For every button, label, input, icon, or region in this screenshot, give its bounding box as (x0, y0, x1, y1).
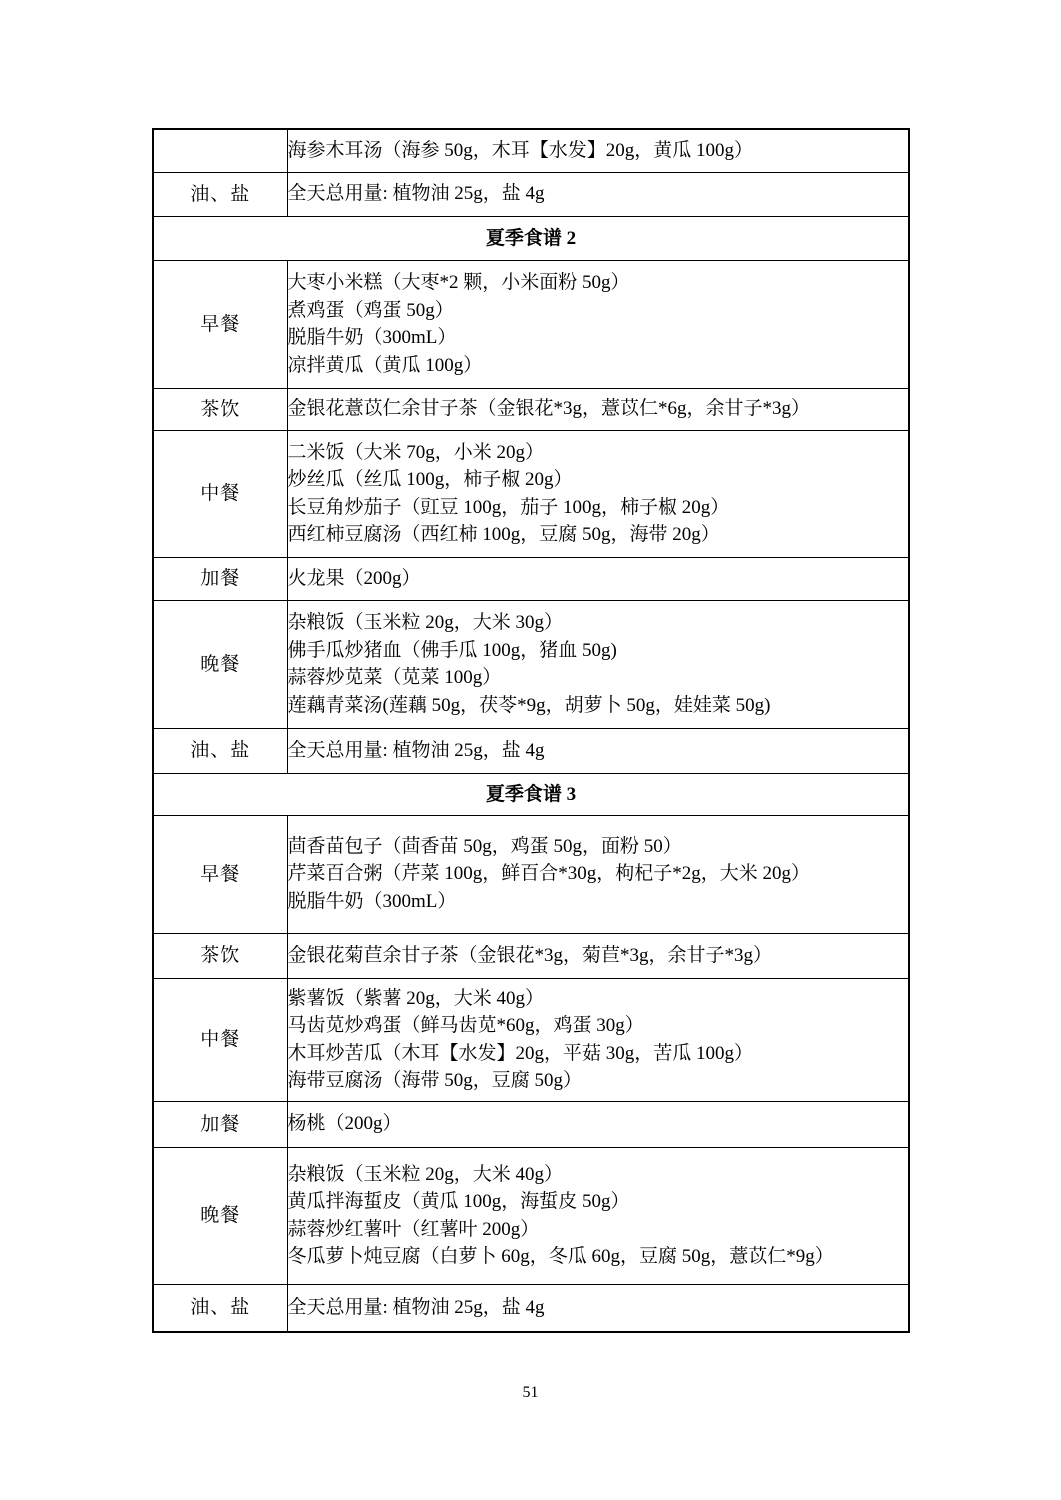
meal-label (153, 129, 287, 172)
meal-item-line: 脱脂牛奶（300mL） (288, 888, 909, 916)
meal-label: 早餐 (153, 260, 287, 388)
meal-items: 全天总用量: 植物油 25g，盐 4g (287, 1284, 909, 1332)
meal-item-line: 杂粮饭（玉米粒 20g，大米 30g） (288, 609, 909, 637)
meal-item-line: 长豆角炒茄子（豇豆 100g，茄子 100g，柿子椒 20g） (288, 494, 909, 522)
meal-items: 杨桃（200g） (287, 1101, 909, 1147)
meal-label: 油、盐 (153, 172, 287, 216)
meal-items: 金银花菊苣余甘子茶（金银花*3g，菊苣*3g，余甘子*3g） (287, 933, 909, 978)
meal-item-line: 西红柿豆腐汤（西红柿 100g，豆腐 50g，海带 20g） (288, 521, 909, 549)
meal-items: 海参木耳汤（海参 50g，木耳【水发】20g，黄瓜 100g） (287, 129, 909, 172)
meal-item-line: 煮鸡蛋（鸡蛋 50g） (288, 297, 909, 325)
meal-item-line: 莲藕青菜汤(莲藕 50g，茯苓*9g，胡萝卜 50g，娃娃菜 50g) (288, 692, 909, 720)
meal-row: 加餐 火龙果（200g） (153, 557, 909, 600)
meal-item-line: 全天总用量: 植物油 25g，盐 4g (288, 180, 909, 208)
meal-item-line: 金银花菊苣余甘子茶（金银花*3g，菊苣*3g，余甘子*3g） (288, 942, 909, 970)
meal-row: 油、盐 全天总用量: 植物油 25g，盐 4g (153, 172, 909, 216)
meal-row: 早餐 大枣小米糕（大枣*2 颗，小米面粉 50g） 煮鸡蛋（鸡蛋 50g） 脱脂… (153, 260, 909, 388)
meal-item-line: 冬瓜萝卜炖豆腐（白萝卜 60g，冬瓜 60g，豆腐 50g，薏苡仁*9g） (288, 1243, 909, 1271)
meal-plan-table: 海参木耳汤（海参 50g，木耳【水发】20g，黄瓜 100g） 油、盐 全天总用… (152, 128, 910, 1333)
meal-row: 油、盐 全天总用量: 植物油 25g，盐 4g (153, 1284, 909, 1332)
meal-items: 火龙果（200g） (287, 557, 909, 600)
section-header-row: 夏季食谱 2 (153, 216, 909, 260)
meal-item-line: 海参木耳汤（海参 50g，木耳【水发】20g，黄瓜 100g） (288, 137, 909, 165)
meal-item-line: 全天总用量: 植物油 25g，盐 4g (288, 737, 909, 765)
meal-items: 金银花薏苡仁余甘子茶（金银花*3g，薏苡仁*6g，余甘子*3g） (287, 388, 909, 430)
meal-label: 茶饮 (153, 933, 287, 978)
meal-item-line: 蒜蓉炒苋菜（苋菜 100g） (288, 664, 909, 692)
meal-label: 加餐 (153, 1101, 287, 1147)
meal-label: 油、盐 (153, 1284, 287, 1332)
meal-items: 杂粮饭（玉米粒 20g，大米 40g） 黄瓜拌海蜇皮（黄瓜 100g，海蜇皮 5… (287, 1147, 909, 1284)
meal-item-line: 凉拌黄瓜（黄瓜 100g） (288, 352, 909, 380)
meal-items: 全天总用量: 植物油 25g，盐 4g (287, 172, 909, 216)
section-title: 夏季食谱 3 (153, 773, 909, 815)
meal-item-line: 海带豆腐汤（海带 50g，豆腐 50g） (288, 1067, 909, 1095)
meal-row: 晚餐 杂粮饭（玉米粒 20g，大米 40g） 黄瓜拌海蜇皮（黄瓜 100g，海蜇… (153, 1147, 909, 1284)
meal-item-line: 火龙果（200g） (288, 565, 909, 593)
meal-items: 茴香苗包子（茴香苗 50g，鸡蛋 50g，面粉 50） 芹菜百合粥（芹菜 100… (287, 815, 909, 933)
meal-label: 加餐 (153, 557, 287, 600)
meal-row: 早餐 茴香苗包子（茴香苗 50g，鸡蛋 50g，面粉 50） 芹菜百合粥（芹菜 … (153, 815, 909, 933)
meal-row: 中餐 紫薯饭（紫薯 20g，大米 40g） 马齿苋炒鸡蛋（鲜马齿苋*60g，鸡蛋… (153, 978, 909, 1101)
meal-row: 中餐 二米饭（大米 70g，小米 20g） 炒丝瓜（丝瓜 100g，柿子椒 20… (153, 430, 909, 557)
meal-items: 二米饭（大米 70g，小米 20g） 炒丝瓜（丝瓜 100g，柿子椒 20g） … (287, 430, 909, 557)
meal-row: 油、盐 全天总用量: 植物油 25g，盐 4g (153, 728, 909, 773)
section-title: 夏季食谱 2 (153, 216, 909, 260)
meal-label: 中餐 (153, 430, 287, 557)
meal-label: 油、盐 (153, 728, 287, 773)
meal-items: 全天总用量: 植物油 25g，盐 4g (287, 728, 909, 773)
document-page: 海参木耳汤（海参 50g，木耳【水发】20g，黄瓜 100g） 油、盐 全天总用… (0, 0, 1061, 1500)
meal-label: 早餐 (153, 815, 287, 933)
meal-row: 茶饮 金银花菊苣余甘子茶（金银花*3g，菊苣*3g，余甘子*3g） (153, 933, 909, 978)
meal-items: 大枣小米糕（大枣*2 颗，小米面粉 50g） 煮鸡蛋（鸡蛋 50g） 脱脂牛奶（… (287, 260, 909, 388)
meal-item-line: 佛手瓜炒猪血（佛手瓜 100g，猪血 50g) (288, 637, 909, 665)
meal-item-line: 蒜蓉炒红薯叶（红薯叶 200g） (288, 1216, 909, 1244)
meal-item-line: 杂粮饭（玉米粒 20g，大米 40g） (288, 1161, 909, 1189)
meal-item-line: 芹菜百合粥（芹菜 100g，鲜百合*30g，枸杞子*2g，大米 20g） (288, 860, 909, 888)
meal-item-line: 黄瓜拌海蜇皮（黄瓜 100g，海蜇皮 50g） (288, 1188, 909, 1216)
meal-item-line: 大枣小米糕（大枣*2 颗，小米面粉 50g） (288, 269, 909, 297)
page-number: 51 (0, 1384, 1061, 1402)
meal-item-line: 脱脂牛奶（300mL） (288, 324, 909, 352)
meal-row: 加餐 杨桃（200g） (153, 1101, 909, 1147)
meal-label: 晚餐 (153, 1147, 287, 1284)
meal-item-line: 全天总用量: 植物油 25g，盐 4g (288, 1294, 909, 1322)
meal-item-line: 杨桃（200g） (288, 1110, 909, 1138)
section-header-row: 夏季食谱 3 (153, 773, 909, 815)
meal-items: 杂粮饭（玉米粒 20g，大米 30g） 佛手瓜炒猪血（佛手瓜 100g，猪血 5… (287, 600, 909, 728)
meal-item-line: 二米饭（大米 70g，小米 20g） (288, 439, 909, 467)
meal-item-line: 茴香苗包子（茴香苗 50g，鸡蛋 50g，面粉 50） (288, 833, 909, 861)
meal-item-line: 金银花薏苡仁余甘子茶（金银花*3g，薏苡仁*6g，余甘子*3g） (288, 395, 909, 423)
meal-row: 茶饮 金银花薏苡仁余甘子茶（金银花*3g，薏苡仁*6g，余甘子*3g） (153, 388, 909, 430)
meal-row: 晚餐 杂粮饭（玉米粒 20g，大米 30g） 佛手瓜炒猪血（佛手瓜 100g，猪… (153, 600, 909, 728)
meal-item-line: 紫薯饭（紫薯 20g，大米 40g） (288, 985, 909, 1013)
meal-label: 茶饮 (153, 388, 287, 430)
meal-row: 海参木耳汤（海参 50g，木耳【水发】20g，黄瓜 100g） (153, 129, 909, 172)
meal-items: 紫薯饭（紫薯 20g，大米 40g） 马齿苋炒鸡蛋（鲜马齿苋*60g，鸡蛋 30… (287, 978, 909, 1101)
meal-item-line: 木耳炒苦瓜（木耳【水发】20g，平菇 30g，苦瓜 100g） (288, 1040, 909, 1068)
meal-item-line: 马齿苋炒鸡蛋（鲜马齿苋*60g，鸡蛋 30g） (288, 1012, 909, 1040)
meal-item-line: 炒丝瓜（丝瓜 100g，柿子椒 20g） (288, 466, 909, 494)
meal-label: 晚餐 (153, 600, 287, 728)
meal-label: 中餐 (153, 978, 287, 1101)
